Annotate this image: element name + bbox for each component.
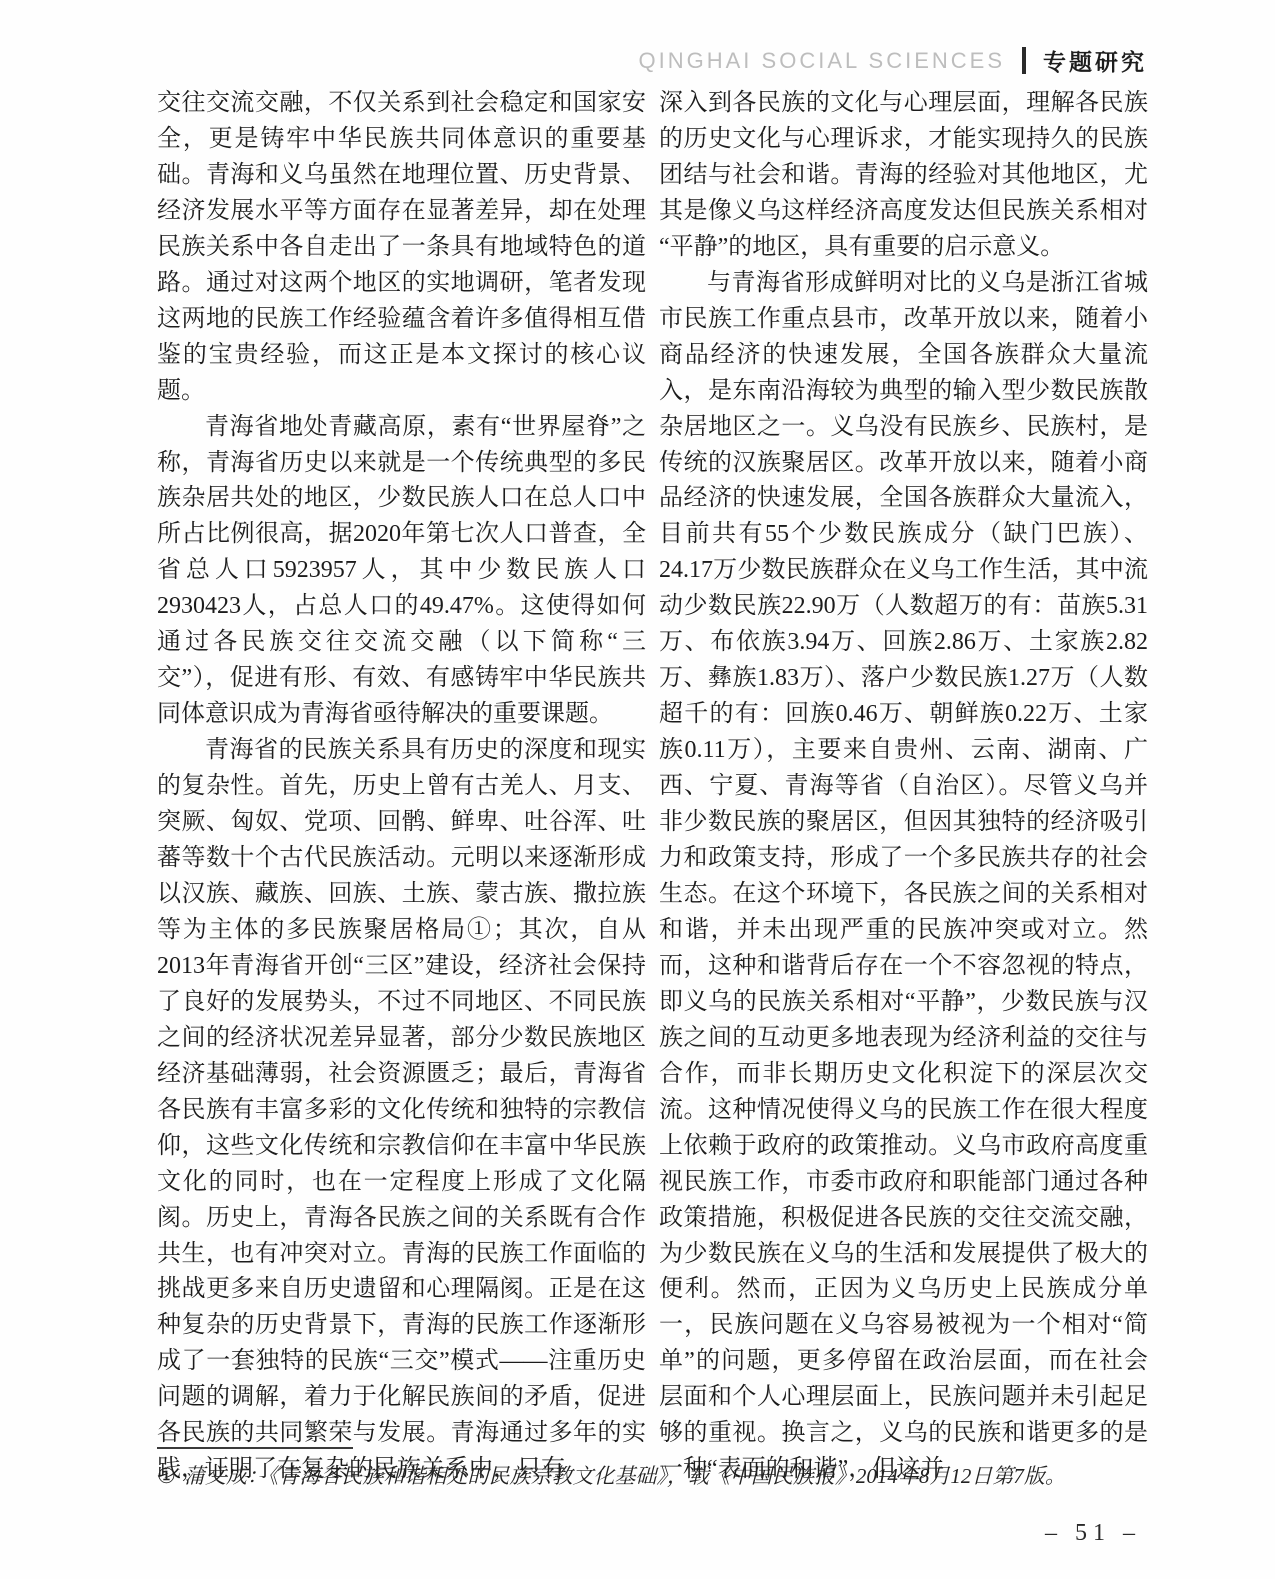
header-divider-bar <box>1022 47 1026 74</box>
footnote: ①蒲文成：《青海各民族和谐相处的民族宗教文化基础》，载《中国民族报》2014年8… <box>157 1461 1157 1491</box>
right-column: 深入到各民族的文化与心理层面，理解各民族的历史文化与心理诉求，才能实现持久的民族… <box>659 86 1148 1488</box>
footnote-divider <box>157 1447 353 1449</box>
left-column: 交往交流交融，不仅关系到社会稳定和国家安全，更是铸牢中华民族共同体意识的重要基础… <box>157 86 646 1488</box>
paragraph-right-2: 与青海省形成鲜明对比的义乌是浙江省城市民族工作重点县市，改革开放以来，随着小商品… <box>659 266 1148 1488</box>
document-page: QINGHAI SOCIAL SCIENCES 专题研究 交往交流交融，不仅关系… <box>0 0 1275 1579</box>
journal-name: QINGHAI SOCIAL SCIENCES <box>639 48 1005 74</box>
article-body: 交往交流交融，不仅关系到社会稳定和国家安全，更是铸牢中华民族共同体意识的重要基础… <box>157 86 1148 1488</box>
paragraph-right-1: 深入到各民族的文化与心理层面，理解各民族的历史文化与心理诉求，才能实现持久的民族… <box>659 86 1148 266</box>
paragraph-left-3: 青海省的民族关系具有历史的深度和现实的复杂性。首先，历史上曾有古羌人、月支、突厥… <box>157 733 646 1488</box>
section-label: 专题研究 <box>1043 44 1147 77</box>
paragraph-left-2: 青海省地处青藏高原，素有“世界屋脊”之称，青海省历史以来就是一个传统典型的多民族… <box>157 410 646 734</box>
page-number: – 51 – <box>1028 1520 1158 1547</box>
footnote-marker: ① <box>157 1464 176 1488</box>
footnote-text: 蒲文成：《青海各民族和谐相处的民族宗教文化基础》，载《中国民族报》2014年8月… <box>184 1464 1066 1488</box>
page-header: QINGHAI SOCIAL SCIENCES 专题研究 <box>639 44 1147 77</box>
paragraph-left-1: 交往交流交融，不仅关系到社会稳定和国家安全，更是铸牢中华民族共同体意识的重要基础… <box>157 86 646 410</box>
